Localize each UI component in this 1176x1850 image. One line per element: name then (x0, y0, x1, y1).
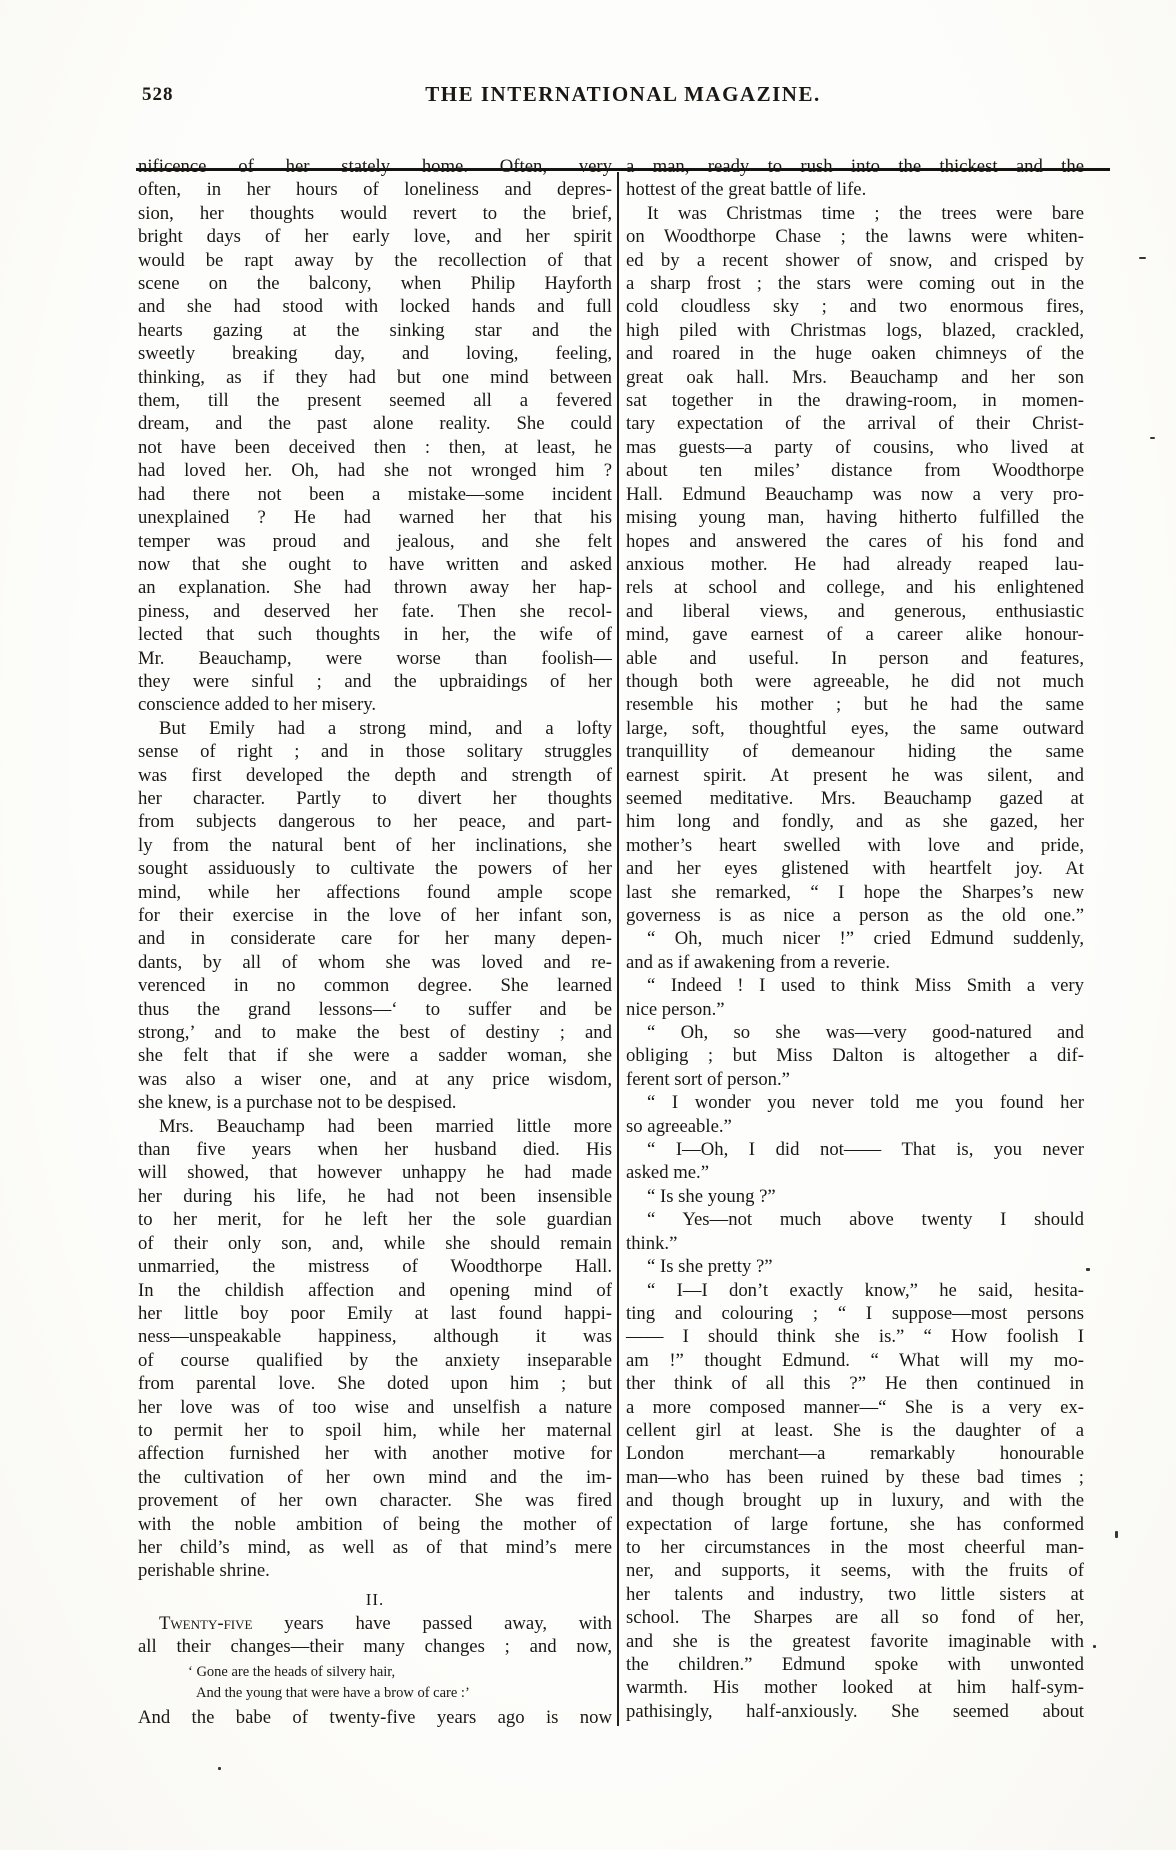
text-line: “ Oh, so she was—very good-natured and (626, 1021, 1084, 1044)
text-line: verenced in no common degree. She learne… (138, 974, 612, 997)
text-line: mind, gave earnest of a career alike hon… (626, 623, 1084, 646)
text-line: governess is as nice a person as the old… (626, 904, 1084, 927)
text-line: tranquillity of demeanour hiding the sam… (626, 740, 1084, 763)
text-line: sion, her thoughts would revert to the b… (138, 202, 612, 225)
text-line: “ Indeed ! I used to think Miss Smith a … (626, 974, 1084, 997)
text-line: a man, ready to rush into the thickest a… (626, 155, 1084, 178)
text-line: often, in her hours of loneliness and de… (138, 178, 612, 201)
text-line: will showed, that however unhappy he had… (138, 1161, 612, 1184)
text-line: sweetly breaking day, and loving, feelin… (138, 342, 612, 365)
column-divider (617, 172, 619, 1726)
text-line: cellent girl at least. She is the daught… (626, 1419, 1084, 1442)
text-line: conscience added to her misery. (138, 693, 612, 716)
text-line: hopes and answered the cares of his fond… (626, 530, 1084, 553)
text-line: her love was of too wise and unselfish a… (138, 1396, 612, 1419)
text-line: perishable shrine. (138, 1559, 612, 1582)
text-line: and in considerate care for her many dep… (138, 927, 612, 950)
text-line: rels at school and college, and his enli… (626, 576, 1084, 599)
text-line: for their exercise in the love of her in… (138, 904, 612, 927)
text-line: provement of her own character. She was … (138, 1489, 612, 1512)
verse-quote: ‘ Gone are the heads of silvery hair,And… (188, 1662, 612, 1704)
text-line: unexplained ? He had warned her that his (138, 506, 612, 529)
text-line: earnest spirit. At present he was silent… (626, 764, 1084, 787)
text-line: school. The Sharpes are all so fond of h… (626, 1606, 1084, 1629)
text-line: ther think of all this ?” He then contin… (626, 1372, 1084, 1395)
scan-speck (1139, 257, 1146, 259)
text-line: Mrs. Beauchamp had been married little m… (138, 1115, 612, 1138)
text-line: expectation of large fortune, she has co… (626, 1513, 1084, 1536)
text-line: thus the grand lessons—‘ to suffer and b… (138, 998, 612, 1021)
right-text-column: a man, ready to rush into the thickest a… (626, 155, 1084, 1723)
text-line: had there not been a mistake—some incide… (138, 483, 612, 506)
text-line: her during his life, he had not been ins… (138, 1185, 612, 1208)
text-line: London merchant—a remarkably honourable (626, 1442, 1084, 1465)
text-line: pathisingly, half-anxiously. She seemed … (626, 1700, 1084, 1723)
text-line: them, till the present seemed all a feve… (138, 389, 612, 412)
text-line: sense of right ; and in those solitary s… (138, 740, 612, 763)
text-line: anxious mother. He had already reaped la… (626, 553, 1084, 576)
text-line: ness—unspeakable happiness, although it … (138, 1325, 612, 1348)
text-line: But Emily had a strong mind, and a lofty (138, 717, 612, 740)
section-heading: II. (138, 1588, 612, 1612)
text-line: ly from the natural bent of her inclinat… (138, 834, 612, 857)
text-line: the cultivation of her own mind and the … (138, 1466, 612, 1489)
text-line: all their changes—their many changes ; a… (138, 1635, 612, 1658)
text-line: with the noble ambition of being the mot… (138, 1513, 612, 1536)
text-line: In the childish affection and opening mi… (138, 1279, 612, 1302)
text-line: though both were agreeable, he did not m… (626, 670, 1084, 693)
text-line: large, soft, thoughtful eyes, the same o… (626, 717, 1084, 740)
text-line: nificence of her stately home. Often, ve… (138, 155, 612, 178)
text-line: from parental love. She doted upon him ;… (138, 1372, 612, 1395)
text-line: and her eyes glistened with heartfelt jo… (626, 857, 1084, 880)
text-line: to permit her to spoil him, while her ma… (138, 1419, 612, 1442)
text-line: warmth. His mother looked at him half-sy… (626, 1676, 1084, 1699)
text-line: her child’s mind, as well as of that min… (138, 1536, 612, 1559)
text-line: strong,’ and to make the best of destiny… (138, 1021, 612, 1044)
text-line: asked me.” (626, 1161, 1084, 1184)
text-line: And the babe of twenty-five years ago is… (138, 1706, 612, 1729)
text-line: her character. Partly to divert her thou… (138, 787, 612, 810)
text-line: and she had stood with locked hands and … (138, 295, 612, 318)
text-line: a more composed manner—“ She is a very e… (626, 1396, 1084, 1419)
text-line: had loved her. Oh, had she not wronged h… (138, 459, 612, 482)
text-line: and liberal views, and generous, enthusi… (626, 600, 1084, 623)
text-line: hearts gazing at the sinking star and th… (138, 319, 612, 342)
text-line: dream, and the past alone reality. She c… (138, 412, 612, 435)
text-line: so agreeable.” (626, 1115, 1084, 1138)
text-line: from subjects dangerous to her peace, an… (138, 810, 612, 833)
text-line: and though brought up in luxury, and wit… (626, 1489, 1084, 1512)
text-line: thinking, as if they had but one mind be… (138, 366, 612, 389)
magazine-page: 528 THE INTERNATIONAL MAGAZINE. nificenc… (0, 0, 1176, 1850)
text-line: man—who has been ruined by these bad tim… (626, 1466, 1084, 1489)
text-line: tary expectation of the arrival of their… (626, 412, 1084, 435)
text-line: was also a wiser one, and at any price w… (138, 1068, 612, 1091)
text-line: and she is the greatest favorite imagina… (626, 1630, 1084, 1653)
verse-line: ‘ Gone are the heads of silvery hair, (188, 1662, 612, 1683)
text-line: mother’s heart swelled with love and pri… (626, 834, 1084, 857)
text-line: her little boy poor Emily at last found … (138, 1302, 612, 1325)
verse-line: And the young that were have a brow of c… (196, 1683, 612, 1704)
text-line: hottest of the great battle of life. (626, 178, 1084, 201)
text-line: high piled with Christmas logs, blazed, … (626, 319, 1084, 342)
scan-speck (218, 1767, 221, 1770)
text-line: about ten miles’ distance from Woodthorp… (626, 459, 1084, 482)
text-line: she felt that if she were a sadder woman… (138, 1044, 612, 1067)
text-line: now that she ought to have written and a… (138, 553, 612, 576)
text-line: It was Christmas time ; the trees were b… (626, 202, 1084, 225)
scan-speck (1115, 1531, 1118, 1538)
text-line: of course qualified by the anxiety insep… (138, 1349, 612, 1372)
text-line: “ Yes—not much above twenty I should (626, 1208, 1084, 1231)
text-line: think.” (626, 1232, 1084, 1255)
text-line: dants, by all of whom she was loved and … (138, 951, 612, 974)
text-line: “ Is she young ?” (626, 1185, 1084, 1208)
text-line: she knew, is a purchase not to be despis… (138, 1091, 612, 1114)
text-line: ferent sort of person.” (626, 1068, 1084, 1091)
text-line: able and useful. In person and features, (626, 647, 1084, 670)
text-line: cold cloudless sky ; and two enormous fi… (626, 295, 1084, 318)
smallcaps-lead: Twenty-five (159, 1613, 252, 1634)
text-line: and roared in the huge oaken chimneys of… (626, 342, 1084, 365)
text-line: “ I—Oh, I did not—— That is, you never (626, 1138, 1084, 1161)
text-line: him long and fondly, and as she gazed, h… (626, 810, 1084, 833)
text-line: nice person.” (626, 998, 1084, 1021)
scan-speck (1150, 437, 1155, 439)
text-line: Hall. Edmund Beauchamp was now a very pr… (626, 483, 1084, 506)
text-line: mas guests—a party of cousins, who lived… (626, 436, 1084, 459)
text-line: scene on the balcony, when Philip Hayfor… (138, 272, 612, 295)
text-line: am !” thought Edmund. “ What will my mo- (626, 1349, 1084, 1372)
text-line: an explanation. She had thrown away her … (138, 576, 612, 599)
text-line: obliging ; but Miss Dalton is altogether… (626, 1044, 1084, 1067)
text-line: would be rapt away by the recollection o… (138, 249, 612, 272)
text-line: Twenty-five years have passed away, with (138, 1612, 612, 1635)
text-line: great oak hall. Mrs. Beauchamp and her s… (626, 366, 1084, 389)
text-line: bright days of her early love, and her s… (138, 225, 612, 248)
text-line: —— I should think she is.” “ How foolish… (626, 1325, 1084, 1348)
text-line: seemed meditative. Mrs. Beauchamp gazed … (626, 787, 1084, 810)
text-line: ting and colouring ; “ I suppose—most pe… (626, 1302, 1084, 1325)
text-line: than five years when her husband died. H… (138, 1138, 612, 1161)
text-line: of their only son, and, while she should… (138, 1232, 612, 1255)
text-line: sought assiduously to cultivate the powe… (138, 857, 612, 880)
text-line: piness, and deserved her fate. Then she … (138, 600, 612, 623)
magazine-title: THE INTERNATIONAL MAGAZINE. (136, 82, 1110, 107)
scan-speck (1093, 1645, 1096, 1648)
text-line: on Woodthorpe Chase ; the lawns were whi… (626, 225, 1084, 248)
text-line: mind, while her affections found ample s… (138, 881, 612, 904)
text-line: mising young man, having hitherto fulfil… (626, 506, 1084, 529)
text-line: “ I wonder you never told me you found h… (626, 1091, 1084, 1114)
text-line: they were sinful ; and the upbraidings o… (138, 670, 612, 693)
text-line: ed by a recent shower of snow, and crisp… (626, 249, 1084, 272)
text-line: not have been deceived then : then, at l… (138, 436, 612, 459)
text-line: Mr. Beauchamp, were worse than foolish— (138, 647, 612, 670)
text-line: ner, and supports, it seems, with the fr… (626, 1559, 1084, 1582)
text-line: her talents and industry, two little sis… (626, 1583, 1084, 1606)
text-line: unmarried, the mistress of Woodthorpe Ha… (138, 1255, 612, 1278)
text-line: temper was proud and jealous, and she fe… (138, 530, 612, 553)
text-line: “ Oh, much nicer !” cried Edmund suddenl… (626, 927, 1084, 950)
text-line: to her circumstances in the most cheerfu… (626, 1536, 1084, 1559)
scan-speck (1086, 1268, 1090, 1271)
text-line: resemble his mother ; but he had the sam… (626, 693, 1084, 716)
left-text-column: nificence of her stately home. Often, ve… (138, 155, 612, 1729)
text-line: last she remarked, “ I hope the Sharpes’… (626, 881, 1084, 904)
text-line: the children.” Edmund spoke with unwonte… (626, 1653, 1084, 1676)
text-line: was first developed the depth and streng… (138, 764, 612, 787)
text-line: to her merit, for he left her the sole g… (138, 1208, 612, 1231)
text-line: lected that such thoughts in her, the wi… (138, 623, 612, 646)
text-line: “ Is she pretty ?” (626, 1255, 1084, 1278)
text-line: “ I—I don’t exactly know,” he said, hesi… (626, 1279, 1084, 1302)
text-line: affection furnished her with another mot… (138, 1442, 612, 1465)
text-line: and as if awakening from a reverie. (626, 951, 1084, 974)
text-line: sat together in the drawing-room, in mom… (626, 389, 1084, 412)
text-line: a sharp frost ; the stars were coming ou… (626, 272, 1084, 295)
